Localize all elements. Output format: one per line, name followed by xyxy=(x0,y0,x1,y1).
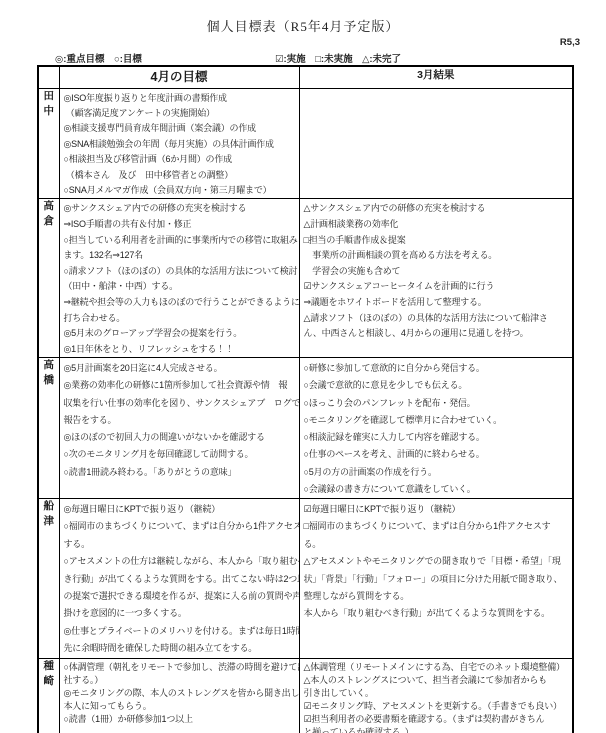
goal-line: ◎サンクスシェア内での研修の充実を検討する xyxy=(64,201,295,217)
result-line: ○5月の方の計画案の作成を行う。 xyxy=(304,464,569,481)
member-name: 船 津 xyxy=(38,498,59,658)
result-line: ○仕事のペースを考え、計画的に終わらせる。 xyxy=(304,446,569,463)
goal-line: き行動」が出てくるような質問をする。出てこない時は2つ以上 xyxy=(64,571,295,588)
goal-line: の提案で選択できる環境を作るが、提案に入る前の質問や声 xyxy=(64,588,295,605)
result-line: ⇒議題をホワイトボードを活用して整理する。 xyxy=(304,295,569,311)
result-line: ○会議で意欲的に意見を少しでも伝える。 xyxy=(304,377,569,394)
table-row: 高 橋◎5月計画案を20日迄に4人完成させる。◎業務の効率化の研修に1箇所参加し… xyxy=(38,358,573,499)
result-line: ○モニタリングを確認して標準月に合わせていく。 xyxy=(304,412,569,429)
result-line: と揃っているか確認する。） xyxy=(304,726,569,733)
goal-line: 収集を行い仕事の効率化を図り、サンクスシェアブ ログで xyxy=(64,395,295,412)
result-line: □福岡市のまちづくりについて、まずは自分から1件アクセスす xyxy=(304,518,569,535)
goal-line: 打ち合わせる。 xyxy=(64,311,295,327)
goal-line: ○体調管理（朝礼をリモートで参加し、渋滞の時間を避けて出 xyxy=(64,661,295,674)
goal-line: ◎相談支援専門員育成年間計画（案会議）の作成 xyxy=(64,121,295,136)
header-row: 4月の目標 3月結果 xyxy=(38,66,573,88)
result-cell: △体調管理（リモートメインにする為、自宅でのネット環境整備）△本人のストレングス… xyxy=(299,658,573,733)
goal-line: ◎仕事とプライベートのメリハリを付ける。まずは毎日1時間、 xyxy=(64,623,295,640)
goal-line: 本人に知ってもらう。 xyxy=(64,700,295,713)
goal-line: 報告をする。 xyxy=(64,412,295,429)
goal-cell: ◎サンクスシェア内での研修の充実を検討する⇒ISO手順書の共有＆付加・修正○担当… xyxy=(59,199,299,358)
result-line: △アセスメントやモニタリングでの聞き取りで「目標・希望」「現 xyxy=(304,553,569,570)
document-page: 個人目標表（R5年4月予定版） R5,3 ◎:重点目標 ○:目標 ☑:実施 □:… xyxy=(0,0,606,733)
goal-line: ⇒継続や担会等の入力もほのぼので行うことができるように xyxy=(64,295,295,311)
result-line: 本人から「取り組むべき行動」が出てくるような質問をする。 xyxy=(304,605,569,622)
goal-line: （顧客満足度アンケートの実施開始） xyxy=(64,106,295,121)
goal-cell: ◎毎週日曜日にKPTで振り返り（継続）○福岡市のまちづくりについて、まずは自分か… xyxy=(59,498,299,658)
goal-line: ○福岡市のまちづくりについて、まずは自分から1件アクセス xyxy=(64,518,295,535)
goal-line: （田中・船津・中西）する。 xyxy=(64,279,295,295)
result-line: ☑サンクスシェアコーヒータイムを計画的に行う xyxy=(304,279,569,295)
goal-line: ○アセスメントの仕方は継続しながら、本人から「取り組むべ xyxy=(64,553,295,570)
revision-label: R5,3 xyxy=(560,37,580,48)
result-line: ○会議録の書き方について意識をしていく。 xyxy=(304,481,569,498)
result-column-header: 3月結果 xyxy=(299,66,573,88)
goal-line: ◎SNA相談勉強会の年間（毎月実施）の具体計画作成 xyxy=(64,137,295,152)
result-line: 学習会の実施も含めて xyxy=(304,264,569,280)
goal-line: ⇒ISO手順書の共有＆付加・修正 xyxy=(64,217,295,233)
result-line: □担当の手順書作成＆提案 xyxy=(304,233,569,249)
result-line: ☑モニタリング時、アセスメントを更新する。（手書きでも良い） xyxy=(304,700,569,713)
goal-line: ○相談担当及び移管計画（6か月間）の作成 xyxy=(64,152,295,167)
result-cell xyxy=(299,88,573,199)
goal-line: 掛けを意図的に一つ多くする。 xyxy=(64,605,295,622)
result-line: 状」「背景」「行動」「フォロー」の項目に分けた用紙で聞き取り、 xyxy=(304,571,569,588)
member-name: 種 崎 xyxy=(38,658,59,733)
goal-line: ◎モニタリングの際、本人のストレングスを皆から聞き出し、 xyxy=(64,687,295,700)
goal-column-header: 4月の目標 xyxy=(59,66,299,88)
result-line: △計画相談業務の効率化 xyxy=(304,217,569,233)
goals-table-body: 田 中◎ISO年度振り返りと年度計画の書類作成 （顧客満足度アンケートの実施開始… xyxy=(38,88,573,733)
goal-line: ○次のモニタリング月を毎回確認して訪問する。 xyxy=(64,446,295,463)
goal-line: ◎5月計画案を20日迄に4人完成させる。 xyxy=(64,360,295,377)
member-name: 田 中 xyxy=(38,88,59,199)
goal-line: ◎毎週日曜日にKPTで振り返り（継続） xyxy=(64,501,295,518)
goal-line: （橋本さん 及び 田中移管者との調整） xyxy=(64,168,295,183)
goal-line: ◎ほのぼので初回入力の間違いがないかを確認する xyxy=(64,429,295,446)
table-row: 種 崎○体調管理（朝礼をリモートで参加し、渋滞の時間を避けて出社する。）◎モニタ… xyxy=(38,658,573,733)
table-row: 船 津◎毎週日曜日にKPTで振り返り（継続）○福岡市のまちづくりについて、まずは… xyxy=(38,498,573,658)
result-line: 事業所の計画相談の質を高める方法を考える。 xyxy=(304,248,569,264)
result-line: ○研修に参加して意欲的に自分から発信する。 xyxy=(304,360,569,377)
goal-cell: ◎5月計画案を20日迄に4人完成させる。◎業務の効率化の研修に1箇所参加して社会… xyxy=(59,358,299,499)
goal-line: ◎業務の効率化の研修に1箇所参加して社会資源や情 報 xyxy=(64,377,295,394)
goal-line: ○請求ソフト（ほのぼの）の具体的な活用方法について検討 xyxy=(64,264,295,280)
result-line: ん、中西さんと相談し、4月からの運用に見通しを持つ。 xyxy=(304,326,569,342)
result-line: ○相談記録を確実に入力して内容を確認する。 xyxy=(304,429,569,446)
goal-line: ○担当している利用者を計画的に事業所内での移管に取組み xyxy=(64,233,295,249)
result-cell: △サンクスシェア内での研修の充実を検討する△計画相談業務の効率化□担当の手順書作… xyxy=(299,199,573,358)
goal-line: ◎1日年休をとり、リフレッシュをする！！ xyxy=(64,342,295,358)
result-line: △サンクスシェア内での研修の充実を検討する xyxy=(304,201,569,217)
goal-line: ○読書（1冊）か研修参加1つ以上 xyxy=(64,713,295,726)
result-line: △体調管理（リモートメインにする為、自宅でのネット環境整備） xyxy=(304,661,569,674)
goals-table: 4月の目標 3月結果 田 中◎ISO年度振り返りと年度計画の書類作成 （顧客満足… xyxy=(37,65,574,733)
result-line: ○ほっこり会のパンフレットを配布・発信。 xyxy=(304,395,569,412)
name-column-header xyxy=(38,66,59,88)
page-title: 個人目標表（R5年4月予定版） xyxy=(0,16,606,35)
result-line: ☑担当利用者の必要書類を確認する。（まずは契約書がきちん xyxy=(304,713,569,726)
goal-line: 先に余暇時間を確保した時間の組み立てをする。 xyxy=(64,640,295,657)
result-cell: ☑毎週日曜日にKPTで振り返り（継続）□福岡市のまちづくりについて、まずは自分か… xyxy=(299,498,573,658)
goal-cell: ◎ISO年度振り返りと年度計画の書類作成 （顧客満足度アンケートの実施開始）◎相… xyxy=(59,88,299,199)
member-name: 高 倉 xyxy=(38,199,59,358)
goal-cell: ○体調管理（朝礼をリモートで参加し、渋滞の時間を避けて出社する。）◎モニタリング… xyxy=(59,658,299,733)
goal-line: ○SNA月メルマガ作成（会員双方向・第三月曜まで） xyxy=(64,183,295,198)
goal-line: ◎ISO年度振り返りと年度計画の書類作成 xyxy=(64,91,295,106)
result-cell: ○研修に参加して意欲的に自分から発信する。○会議で意欲的に意見を少しでも伝える。… xyxy=(299,358,573,499)
goal-line: ます。132名⇒127名 xyxy=(64,248,295,264)
result-line: △本人のストレングスについて、担当者会議にて参加者からも xyxy=(304,674,569,687)
result-line: 引き出していく。 xyxy=(304,687,569,700)
result-line: 整理しながら質問をする。 xyxy=(304,588,569,605)
goal-line: する。 xyxy=(64,536,295,553)
member-name: 高 橋 xyxy=(38,358,59,499)
legend-status-marks: ☑:実施 □:未実施 △:未完了 xyxy=(275,51,401,65)
legend-goal-marks: ◎:重点目標 ○:目標 xyxy=(55,51,142,65)
result-line: ☑毎週日曜日にKPTで振り返り（継続） xyxy=(304,501,569,518)
table-row: 高 倉◎サンクスシェア内での研修の充実を検討する⇒ISO手順書の共有＆付加・修正… xyxy=(38,199,573,358)
result-line: △請求ソフト（ほのぼの）の具体的な活用方法について船津さ xyxy=(304,311,569,327)
table-row: 田 中◎ISO年度振り返りと年度計画の書類作成 （顧客満足度アンケートの実施開始… xyxy=(38,88,573,199)
result-line: る。 xyxy=(304,536,569,553)
goal-line: ◎5月末のグローアップ学習会の提案を行う。 xyxy=(64,326,295,342)
goal-line: 社する。） xyxy=(64,674,295,687)
goal-line: ○読書1冊読み終わる。「ありがとうの意味」 xyxy=(64,464,295,481)
